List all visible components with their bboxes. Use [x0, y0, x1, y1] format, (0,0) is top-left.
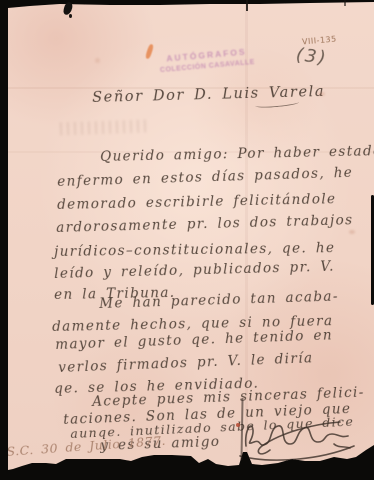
foxing-spot	[95, 58, 100, 63]
handwriting-line: ardorosamente pr. los dos trabajos	[56, 212, 354, 236]
signature	[236, 412, 358, 462]
crease-tick-top	[344, 0, 346, 6]
handwriting-line: Querido amigo: Por haber estado	[100, 143, 374, 165]
collection-stamp: AUTÓGRAFOS COLECCIÓN CASAVALLE	[147, 45, 266, 77]
erased-text-smudge	[60, 119, 148, 135]
ink-speck	[69, 14, 72, 18]
handwriting-line: demorado escribirle felicitándole	[57, 191, 337, 213]
handwriting-line: enfermo en estos días pasados, he	[57, 165, 353, 190]
handwriting-line: verlos firmados pr. V. le diría	[58, 350, 314, 376]
foxing-spot	[349, 230, 355, 234]
red-speck	[236, 423, 240, 427]
scanned-letter-page: AUTÓGRAFOS COLECCIÓN CASAVALLE VIII-135 …	[0, 0, 374, 480]
crease-tick-top	[246, 0, 248, 11]
handwriting-line: leído y releído, publicados pr. V.	[54, 259, 335, 282]
letter-paper: AUTÓGRAFOS COLECCIÓN CASAVALLE VIII-135 …	[0, 0, 374, 480]
handwriting-line: jurídicos–constitucionales, qe. he	[54, 240, 335, 260]
page-number-annotation: (3)	[295, 44, 329, 69]
foxing-spot	[318, 92, 325, 96]
